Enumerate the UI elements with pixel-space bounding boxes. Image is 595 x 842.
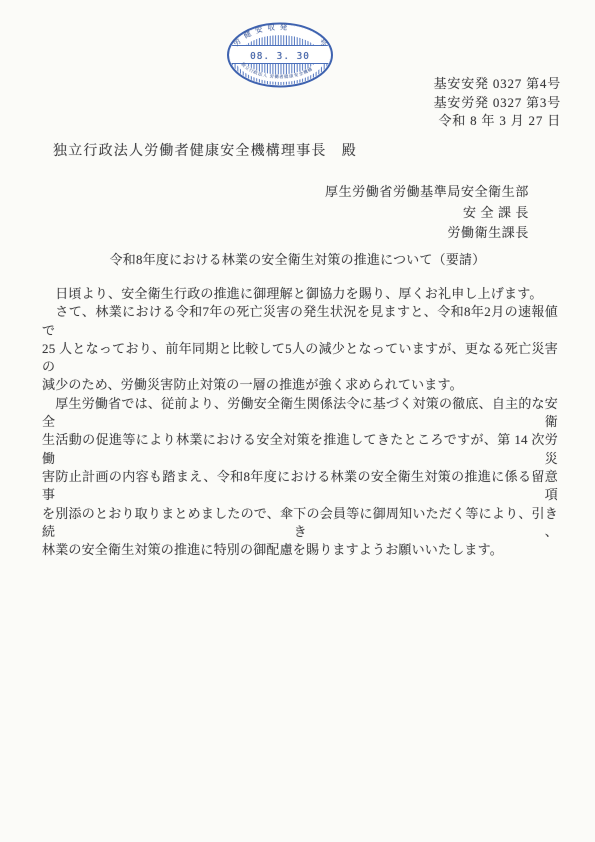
- doc-date: 令和 8 年 3 月 27 日: [434, 112, 561, 131]
- sender-post-1: 安 全 課 長: [325, 203, 529, 224]
- body-line: 害防止計画の内容も踏まえ、令和8年度における林業の安全衛生対策の推進に係る留意事…: [42, 468, 558, 505]
- sender-post-2: 労働衛生課長: [325, 223, 529, 244]
- scanned-letter-page: 労健安収発 号 08. 3. 30 独立行政法人 労働者健康安全機構 基安安発 …: [0, 0, 595, 842]
- sender-block: 厚生労働省労働基準局安全衛生部 安 全 課 長 労働衛生課長: [325, 182, 529, 244]
- receipt-stamp: 労健安収発 号 08. 3. 30 独立行政法人 労働者健康安全機構: [223, 17, 337, 93]
- body-line: 林業の安全衛生対策の推進に特別の御配慮を賜りますようお願いいたします。: [42, 541, 558, 559]
- body-line: 厚生労働省では、従前より、労働安全衛生関係法令に基づく対策の徹底、自主的な安全衛: [42, 395, 558, 432]
- stamp-date: 08. 3. 30: [250, 51, 310, 62]
- doc-number-1: 基安安発 0327 第4号: [434, 75, 561, 94]
- body-line: 25 人となっており、前年同期と比較して5人の減少となっていますが、更なる死亡災…: [42, 340, 558, 377]
- body-line: さて、林業における令和7年の死亡災害の発生状況を見ますと、令和8年2月の速報値で: [42, 303, 558, 340]
- doc-number-2: 基安労発 0327 第3号: [434, 94, 561, 113]
- body-line: 日頃より、安全衛生行政の推進に御理解と御協力を賜り、厚くお礼申し上げます。: [42, 285, 558, 303]
- body-text: 日頃より、安全衛生行政の推進に御理解と御協力を賜り、厚くお礼申し上げます。 さて…: [42, 285, 558, 559]
- addressee: 独立行政法人労働者健康安全機構理事長 殿: [53, 140, 357, 160]
- sender-department: 厚生労働省労働基準局安全衛生部: [325, 182, 529, 203]
- subject-title: 令和8年度における林業の安全衛生対策の推進について（要請）: [0, 249, 595, 268]
- body-line: を別添のとおり取りまとめましたので、傘下の会員等に御周知いただく等により、引き続…: [42, 505, 558, 542]
- document-numbers: 基安安発 0327 第4号 基安労発 0327 第3号 令和 8 年 3 月 2…: [434, 75, 561, 131]
- body-line: 生活動の促進等により林業における安全対策を推進してきたところですが、第 14 次…: [42, 431, 558, 468]
- body-line: 減少のため、労働災害防止対策の一層の推進が強く求められています。: [42, 376, 558, 394]
